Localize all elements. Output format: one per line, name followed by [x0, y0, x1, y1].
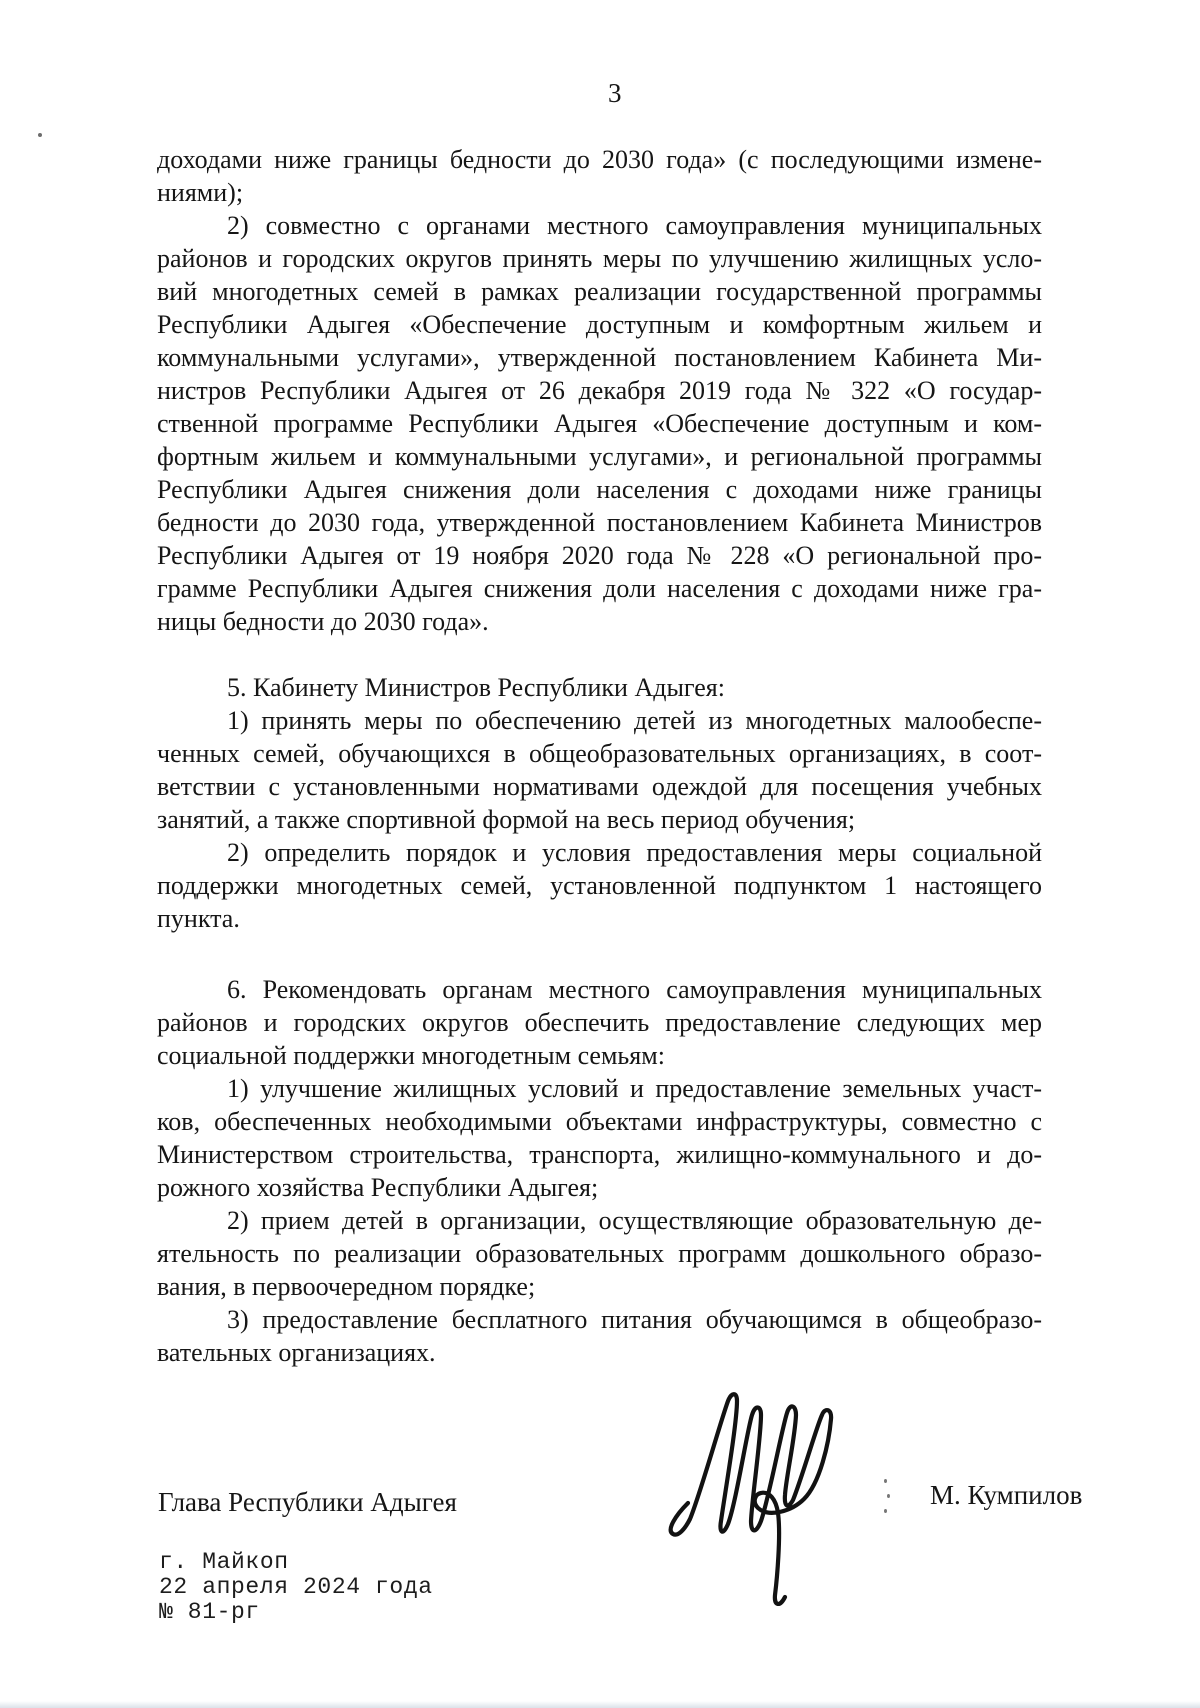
text-line: ницы бедности до 2030 года».: [157, 605, 1042, 638]
text-line: доходами ниже границы бедности до 2030 г…: [157, 143, 1042, 176]
issue-city: г. Майкоп: [159, 1550, 433, 1575]
page-number: 3: [608, 78, 622, 109]
signatory-title: Глава Республики Адыгея: [158, 1487, 457, 1518]
scan-artifact-dot: [884, 1479, 887, 1483]
text-line: грамме Республики Адыгея снижения доли н…: [157, 572, 1042, 605]
text-line: фортным жильем и коммунальными услугами»…: [157, 440, 1042, 473]
text-line: нистров Республики Адыгея от 26 декабря …: [157, 374, 1042, 407]
scan-edge-shadow: [0, 1701, 1200, 1708]
text-line: районов и городских округов обеспечить п…: [157, 1006, 1042, 1039]
text-line: районов и городских округов принять меры…: [157, 242, 1042, 275]
text-line: 2) совместно с органами местного самоупр…: [157, 209, 1042, 242]
text-line: вания, в первоочередном порядке;: [157, 1270, 1042, 1303]
signature-icon: [652, 1383, 852, 1623]
text-line: 1) улучшение жилищных условий и предоста…: [157, 1072, 1042, 1105]
text-line: поддержки многодетных семей, установленн…: [157, 869, 1042, 902]
text-line: вий многодетных семей в рамках реализаци…: [157, 275, 1042, 308]
text-line: рожного хозяйства Республики Адыгея;: [157, 1171, 1042, 1204]
text-line: Республики Адыгея «Обеспечение доступным…: [157, 308, 1042, 341]
document-page: 3 доходами ниже границы бедности до 2030…: [0, 0, 1200, 1708]
text-line: коммунальными услугами», утвержденной по…: [157, 341, 1042, 374]
scan-artifact-dot: [887, 1494, 890, 1498]
text-line: пункта.: [157, 902, 1042, 935]
text-line: ятельность по реализации образовательных…: [157, 1237, 1042, 1270]
scan-artifact-dot: [38, 133, 42, 137]
text-line: социальной поддержки многодетным семьям:: [157, 1039, 1042, 1072]
scan-artifact-dot: [884, 1509, 887, 1513]
text-line: Министерством строительства, транспорта,…: [157, 1138, 1042, 1171]
text-line: Республики Адыгея снижения доли населени…: [157, 473, 1042, 506]
text-line: Республики Адыгея от 19 ноября 2020 года…: [157, 539, 1042, 572]
text-line: 1) принять меры по обеспечению детей из …: [157, 704, 1042, 737]
text-line: 6. Рекомендовать органам местного самоуп…: [157, 973, 1042, 1006]
text-line: 2) определить порядок и условия предоста…: [157, 836, 1042, 869]
text-line: ственной программе Республики Адыгея «Об…: [157, 407, 1042, 440]
text-line: бедности до 2030 года, утвержденной пост…: [157, 506, 1042, 539]
issue-number: № 81-рг: [159, 1600, 433, 1625]
text-line: занятий, а также спортивной формой на ве…: [157, 803, 1042, 836]
text-line: 2) прием детей в организации, осуществля…: [157, 1204, 1042, 1237]
text-line: ниями);: [157, 176, 1042, 209]
text-line: 3) предоставление бесплатного питания об…: [157, 1303, 1042, 1336]
text-line: ветствии с установленными нормативами од…: [157, 770, 1042, 803]
text-line: 5. Кабинету Министров Республики Адыгея:: [157, 671, 1042, 704]
text-line: вательных организациях.: [157, 1336, 1042, 1369]
document-body: доходами ниже границы бедности до 2030 г…: [157, 143, 1042, 1369]
issue-details: г. Майкоп 22 апреля 2024 года № 81-рг: [159, 1550, 433, 1625]
text-line: ков, обеспеченных необходимыми объектами…: [157, 1105, 1042, 1138]
issue-date: 22 апреля 2024 года: [159, 1575, 433, 1600]
signatory-name: М. Кумпилов: [930, 1480, 1082, 1511]
text-line: ченных семей, обучающихся в общеобразова…: [157, 737, 1042, 770]
